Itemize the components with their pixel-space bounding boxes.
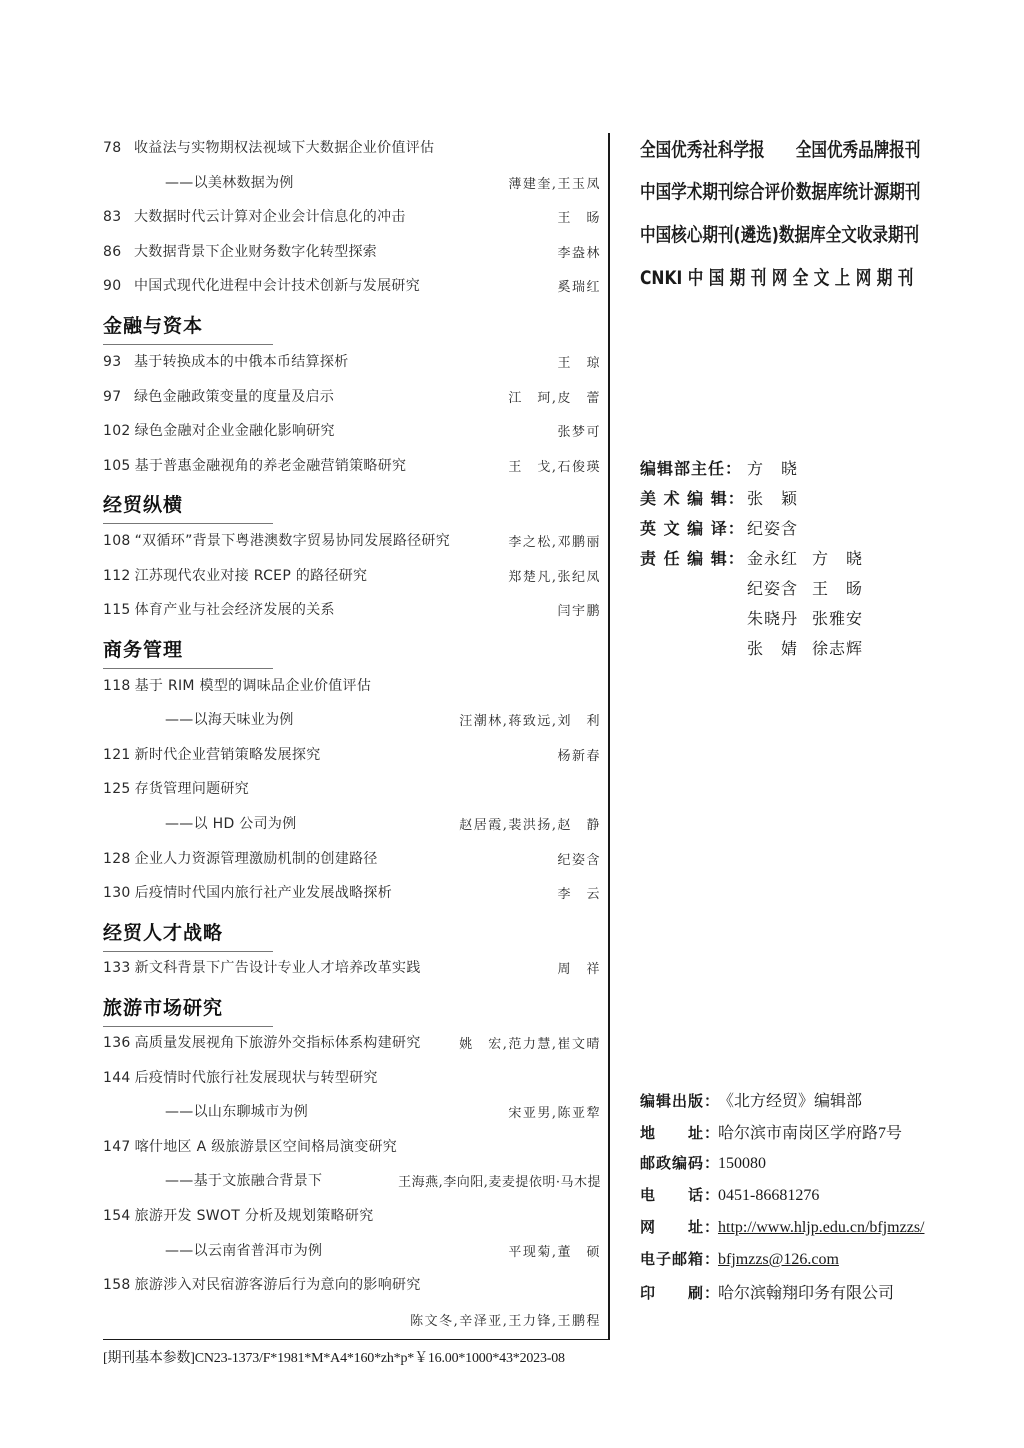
article-title: 旅游涉入对民宿游客游后行为意向的影响研究 [135,1277,421,1293]
article-subtitle: ——以 HD 公司为例 [103,813,297,833]
article-author: 薄建奎,王玉凤 [508,173,601,192]
staff-name: 方 晓 [812,546,877,569]
article-author: 姚 宏,范力慧,崔文晴 [459,1033,601,1052]
article-title: 体育产业与社会经济发展的关系 [135,602,335,618]
toc-entry[interactable]: 93基于转换成本的中俄本币结算探析 王 琼 [103,349,601,373]
toc-entry[interactable]: 154旅游开发 SWOT 分析及规划策略研究 [103,1203,601,1227]
article-subtitle: ——基于文旅融合背景下 [103,1170,322,1190]
article-title: 喀什地区 A 级旅游景区空间格局演变研究 [135,1139,397,1155]
article-title: “双循环”背景下粤港澳数字贸易协同发展路径研究 [135,533,450,549]
staff-row: 美 术 编 辑： 张 颖 [640,486,812,509]
contact-website: 网 址： http://www.hljp.edu.cn/bfjmzzs/ [640,1216,924,1237]
toc-entry-subtitle[interactable]: ——基于文旅融合背景下 王海燕,李向阳,麦麦提依明·马木提 [103,1168,601,1192]
article-title: 大数据时代云计算对企业会计信息化的冲击 [134,209,406,225]
website-link[interactable]: http://www.hljp.edu.cn/bfjmzzs/ [718,1219,924,1237]
article-author: 张梦可 [557,421,601,440]
page-number: 83 [103,209,134,225]
staff-row: 张 婧徐志辉 [640,636,877,659]
toc-entry[interactable]: 108“双循环”背景下粤港澳数字贸易协同发展路径研究 李之松,邓鹏丽 [103,528,601,552]
staff-name: 朱晓丹 [747,606,812,629]
staff-role: 英 文 编 译： [640,516,747,539]
contact-phone: 电 话： 0451-86681276 [640,1184,819,1205]
section-heading: 经贸纵横 [103,490,273,524]
article-author: 王 琼 [557,352,601,371]
honor-line: 全国优秀社科学报 全国优秀品牌报刊 [640,135,920,162]
honor-line: CNKI 中 国 期 刊 网 全 文 上 网 期 刊 [640,263,913,290]
page-number: 147 [103,1139,131,1155]
page-number: 97 [103,389,134,405]
article-author: 周 祥 [557,958,601,977]
table-of-contents: 78收益法与实物期权法视域下大数据企业价值评估 ——以美林数据为例 薄建奎,王玉… [103,133,610,1340]
staff-row: 朱晓丹张雅安 [640,606,877,629]
toc-entry[interactable]: 136高质量发展视角下旅游外交指标体系构建研究 姚 宏,范力慧,崔文晴 [103,1030,601,1054]
staff-row: 纪姿含王 旸 [640,576,877,599]
staff-name: 王 旸 [812,576,877,599]
toc-entry[interactable]: 128企业人力资源管理激励机制的创建路径 纪姿含 [103,846,601,870]
article-subtitle: ——以山东聊城市为例 [103,1101,308,1121]
contact-email: 电子邮箱： bfjmzzs@126.com [640,1248,839,1269]
article-author: 郑楚凡,张纪凤 [508,566,601,585]
toc-entry[interactable]: 121新时代企业营销策略发展探究 杨新春 [103,742,601,766]
page-number: 90 [103,278,134,294]
article-author: 汪潮林,蒋致远,刘 利 [459,710,601,729]
toc-entry[interactable]: 97绿色金融政策变量的度量及启示 江 珂,皮 蕾 [103,384,601,408]
staff-row: 英 文 编 译： 纪姿含 [640,516,812,539]
staff-row: 责 任 编 辑： 金永红方 晓 [640,546,877,569]
staff-name: 张 颖 [747,486,812,509]
page-number: 86 [103,244,134,260]
page-number: 121 [103,747,131,763]
article-title: 基于转换成本的中俄本币结算探析 [134,354,349,370]
staff-name: 纪姿含 [747,576,812,599]
toc-entry[interactable]: 130后疫情时代国内旅行社产业发展战略探析 李 云 [103,880,601,904]
article-author: 李盎林 [557,242,601,261]
page-number: 105 [103,458,131,474]
toc-entry-authors[interactable]: 陈文冬,辛泽亚,王力锋,王鹏程 [103,1307,601,1331]
staff-role: 责 任 编 辑： [640,546,747,569]
toc-entry[interactable]: 83大数据时代云计算对企业会计信息化的冲击 王 旸 [103,204,601,228]
toc-entry-subtitle[interactable]: ——以美林数据为例 薄建奎,王玉凤 [103,170,601,194]
article-author: 宋亚男,陈亚犂 [508,1102,601,1121]
honor-line: 中国学术期刊综合评价数据库统计源期刊 [640,177,920,204]
page-number: 136 [103,1035,131,1051]
toc-entry-subtitle[interactable]: ——以海天味业为例 汪潮林,蒋致远,刘 利 [103,707,601,731]
page-number: 144 [103,1070,131,1086]
article-author: 闫宇鹏 [557,600,601,619]
article-title: 新文科背景下广告设计专业人才培养改革实践 [135,960,421,976]
page-number: 128 [103,851,131,867]
article-author: 王 戈,石俊瑛 [508,456,601,475]
toc-entry[interactable]: 125存货管理问题研究 [103,776,601,800]
article-title: 江苏现代农业对接 RCEP 的路径研究 [135,568,368,584]
toc-entry-subtitle[interactable]: ——以云南省普洱市为例 平现菊,董 硕 [103,1238,601,1262]
section-heading: 旅游市场研究 [103,993,273,1027]
article-author: 奚瑞红 [557,276,601,295]
contact-postcode: 邮政编码： 150080 [640,1152,766,1173]
staff-role: 美 术 编 辑： [640,486,747,509]
article-subtitle: ——以美林数据为例 [103,172,294,192]
article-author: 陈文冬,辛泽亚,王力锋,王鹏程 [410,1310,601,1329]
article-title: 绿色金融对企业金融化影响研究 [135,423,335,439]
email-link[interactable]: bfjmzzs@126.com [718,1251,839,1269]
article-author: 王 旸 [557,207,601,226]
page-number: 93 [103,354,134,370]
page-number: 158 [103,1277,131,1293]
staff-name: 徐志辉 [812,636,877,659]
page-number: 102 [103,423,131,439]
article-title: 基于 RIM 模型的调味品企业价值评估 [135,678,372,694]
page-number: 108 [103,533,131,549]
article-title: 企业人力资源管理激励机制的创建路径 [135,851,378,867]
contact-printer: 印 刷： 哈尔滨翰翔印务有限公司 [640,1280,894,1303]
toc-entry[interactable]: 112江苏现代农业对接 RCEP 的路径研究 郑楚凡,张纪凤 [103,563,601,587]
divider [103,1339,610,1340]
page-number: 78 [103,140,134,156]
toc-entry[interactable]: 90中国式现代化进程中会计技术创新与发展研究 奚瑞红 [103,273,601,297]
section-heading: 商务管理 [103,635,273,669]
toc-entry[interactable]: 118基于 RIM 模型的调味品企业价值评估 [103,673,601,697]
honor-line: 中国核心期刊(遴选)数据库全文收录期刊 [640,220,919,247]
article-title: 高质量发展视角下旅游外交指标体系构建研究 [135,1035,421,1051]
section-heading: 经贸人才战略 [103,918,273,952]
page-number: 112 [103,568,131,584]
section-heading: 金融与资本 [103,311,273,345]
toc-entry-subtitle[interactable]: ——以山东聊城市为例 宋亚男,陈亚犂 [103,1099,601,1123]
toc-entry[interactable]: 147喀什地区 A 级旅游景区空间格局演变研究 [103,1134,601,1158]
article-title: 新时代企业营销策略发展探究 [135,747,321,763]
article-title: 中国式现代化进程中会计技术创新与发展研究 [134,278,420,294]
article-subtitle: ——以海天味业为例 [103,709,294,729]
article-author: 江 珂,皮 蕾 [508,387,601,406]
staff-row: 编辑部主任： 方 晓 [640,456,812,479]
staff-name: 张雅安 [812,606,877,629]
article-title: 后疫情时代国内旅行社产业发展战略探析 [135,885,392,901]
article-title: 收益法与实物期权法视域下大数据企业价值评估 [134,140,434,156]
contact-publisher: 编辑出版： 《北方经贸》编辑部 [640,1088,862,1111]
toc-entry[interactable]: 102绿色金融对企业金融化影响研究 张梦可 [103,418,601,442]
toc-entry[interactable]: 78收益法与实物期权法视域下大数据企业价值评估 [103,135,601,159]
toc-entry-subtitle[interactable]: ——以 HD 公司为例 赵居霞,裴洪扬,赵 静 [103,811,601,835]
staff-name: 张 婧 [747,636,812,659]
article-title: 大数据背景下企业财务数字化转型探索 [134,244,377,260]
toc-entry[interactable]: 105基于普惠金融视角的养老金融营销策略研究 王 戈,石俊瑛 [103,453,601,477]
staff-role: 编辑部主任： [640,456,747,479]
article-author: 杨新春 [557,745,601,764]
article-author: 纪姿含 [557,849,601,868]
page-number: 130 [103,885,131,901]
article-title: 基于普惠金融视角的养老金融营销策略研究 [135,458,407,474]
article-author: 李 云 [557,883,601,902]
article-title: 绿色金融政策变量的度量及启示 [134,389,334,405]
toc-entry[interactable]: 115体育产业与社会经济发展的关系 闫宇鹏 [103,597,601,621]
article-author: 王海燕,李向阳,麦麦提依明·马木提 [398,1171,601,1190]
article-title: 存货管理问题研究 [135,781,249,797]
article-author: 平现菊,董 硕 [508,1241,601,1260]
toc-entry[interactable]: 86大数据背景下企业财务数字化转型探索 李盎林 [103,239,601,263]
article-author: 赵居霞,裴洪扬,赵 静 [459,814,601,833]
journal-parameters: [期刊基本参数]CN23-1373/F*1981*M*A4*160*zh*p*￥… [103,1347,613,1367]
article-author: 李之松,邓鹏丽 [508,531,601,550]
page-number: 118 [103,678,131,694]
page-number: 125 [103,781,131,797]
staff-name: 纪姿含 [747,516,812,539]
toc-entry[interactable]: 144后疫情时代旅行社发展现状与转型研究 [103,1065,601,1089]
article-title: 旅游开发 SWOT 分析及规划策略研究 [135,1208,374,1224]
article-subtitle: ——以云南省普洱市为例 [103,1240,322,1260]
page-number: 133 [103,960,131,976]
page-number: 115 [103,602,131,618]
article-title: 后疫情时代旅行社发展现状与转型研究 [135,1070,378,1086]
toc-entry[interactable]: 158旅游涉入对民宿游客游后行为意向的影响研究 [103,1272,601,1296]
contact-address: 地 址： 哈尔滨市南岗区学府路7号 [640,1120,902,1143]
toc-entry[interactable]: 133新文科背景下广告设计专业人才培养改革实践 周 祥 [103,955,601,979]
page-number: 154 [103,1208,131,1224]
staff-name: 方 晓 [747,456,812,479]
staff-name: 金永红 [747,546,812,569]
